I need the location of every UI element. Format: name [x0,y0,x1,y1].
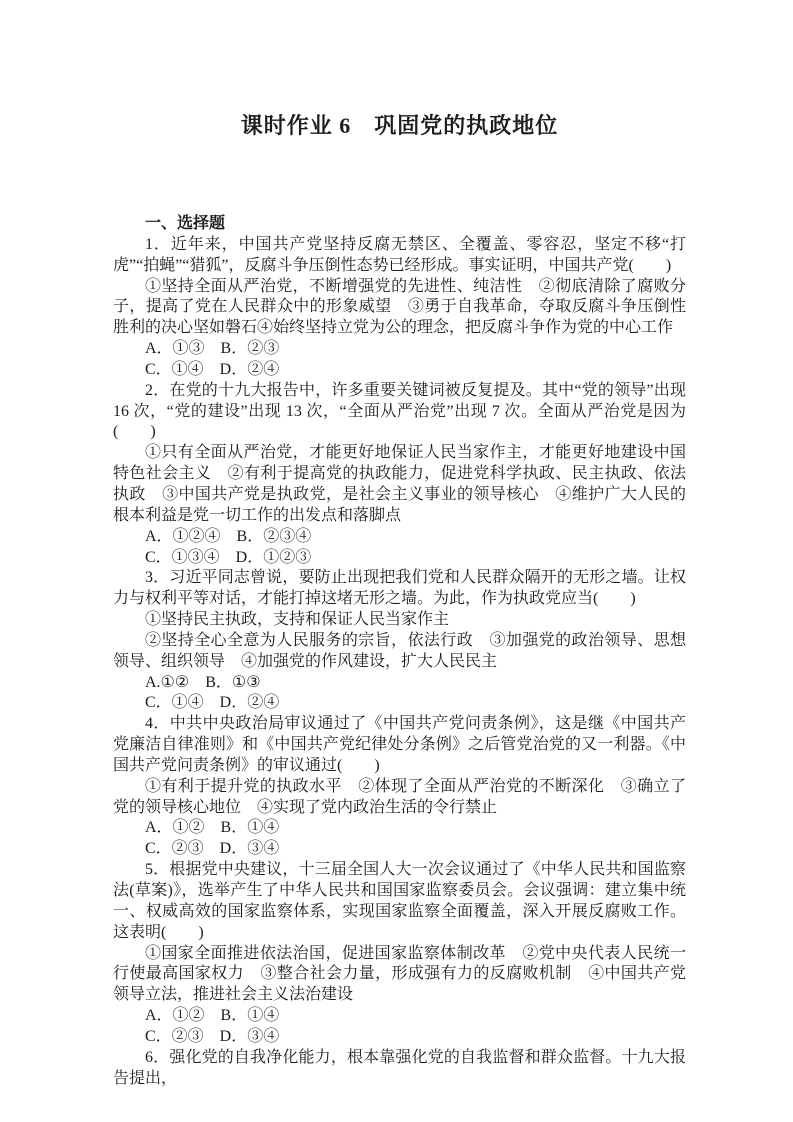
question-3-choice-row-ab: A.①② B．①③ [113,673,686,694]
question-3-choice-row-cd: C．①④ D．②④ [113,693,686,714]
question-1-items: ①坚持全面从严治党，不断增强党的先进性、纯洁性 ②彻底清除了腐败分子，提高了党在… [113,277,686,340]
question-2-items: ①只有全面从严治党，才能更好地保证人民当家作主，才能更好地建设中国特色社会主义 … [113,443,686,526]
question-3-items-2-4: ②坚持全心全意为人民服务的宗旨，依法行政 ③加强党的政治领导、思想领导、组织领导… [113,631,686,673]
question-5-choice-row-cd: C．②③ D．③④ [113,1027,686,1048]
question-4-items: ①有利于提升党的执政水平 ②体现了全面从严治党的不断深化 ③确立了党的领导核心地… [113,777,686,819]
question-1-choice-row-cd: C．①④ D．②④ [113,360,686,381]
question-1-stem: 1．近年来，中国共产党坚持反腐无禁区、全覆盖、零容忍，坚定不移“打虎”“拍蝇”“… [113,235,686,277]
question-4-choice-row-ab: A．①② B．①④ [113,818,686,839]
question-2-choice-row-ab: A．①②④ B．②③④ [113,527,686,548]
page-title: 课时作业 6 巩固党的执政地位 [113,110,686,142]
question-6: 6．强化党的自我净化能力，根本靠强化党的自我监督和群众监督。十九大报告提出， [113,1048,686,1090]
question-3: 3．习近平同志曾说，要防止出现把我们党和人民群众隔开的无形之墙。让权力与权利平等… [113,568,686,714]
question-5-stem: 5．根据党中央建议，十三届全国人大一次会议通过了《中华人民共和国监察法(草案)》… [113,860,686,943]
question-3-item-1: ①坚持民主执政，支持和保证人民当家作主 [113,610,686,631]
question-5: 5．根据党中央建议，十三届全国人大一次会议通过了《中华人民共和国监察法(草案)》… [113,860,686,1048]
question-5-choice-row-ab: A．①② B．①④ [113,1006,686,1027]
question-4-choice-row-cd: C．②③ D．③④ [113,839,686,860]
worksheet-page: 课时作业 6 巩固党的执政地位 一、选择题 1．近年来，中国共产党坚持反腐无禁区… [0,0,793,1122]
question-4: 4．中共中央政治局审议通过了《中国共产党问责条例》，这是继《中国共产党廉洁自律准… [113,714,686,860]
question-2-stem: 2．在党的十九大报告中，许多重要关键词被反复提及。其中“党的领导”出现 16 次… [113,381,686,444]
question-1: 1．近年来，中国共产党坚持反腐无禁区、全覆盖、零容忍，坚定不移“打虎”“拍蝇”“… [113,235,686,381]
question-3-stem: 3．习近平同志曾说，要防止出现把我们党和人民群众隔开的无形之墙。让权力与权利平等… [113,568,686,610]
question-2: 2．在党的十九大报告中，许多重要关键词被反复提及。其中“党的领导”出现 16 次… [113,381,686,569]
worksheet-content: 一、选择题 1．近年来，中国共产党坚持反腐无禁区、全覆盖、零容忍，坚定不移“打虎… [113,214,686,1089]
question-4-stem: 4．中共中央政治局审议通过了《中国共产党问责条例》，这是继《中国共产党廉洁自律准… [113,714,686,777]
question-5-items: ①国家全面推进依法治国，促进国家监察体制改革 ②党中央代表人民统一行使最高国家权… [113,944,686,1007]
question-6-stem: 6．强化党的自我净化能力，根本靠强化党的自我监督和群众监督。十九大报告提出， [113,1048,686,1090]
question-1-choice-row-ab: A．①③ B．②③ [113,339,686,360]
question-2-choice-row-cd: C．①③④ D．①②③ [113,548,686,569]
section-heading: 一、选择题 [113,214,686,235]
